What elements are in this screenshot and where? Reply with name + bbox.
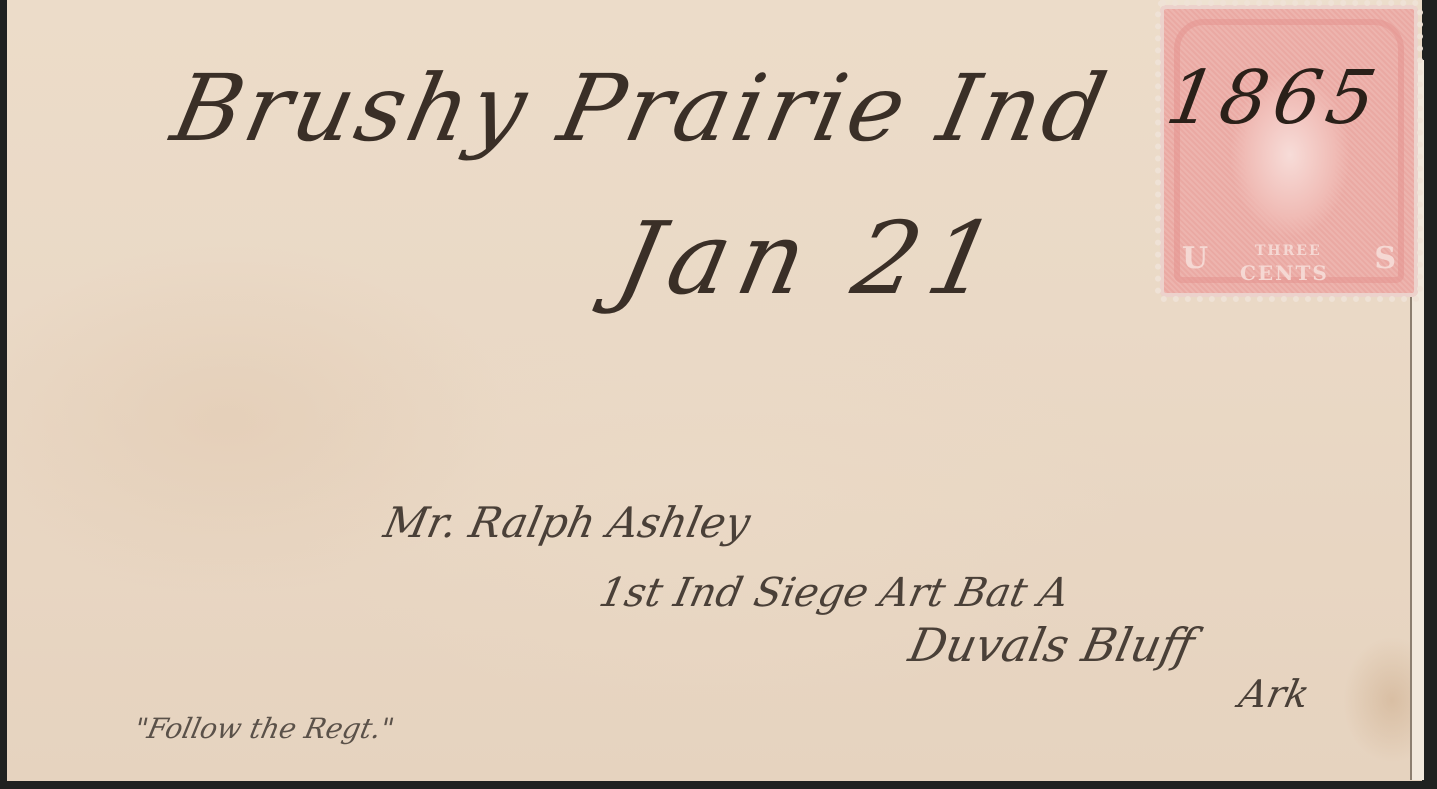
motto-text: "Follow the Regt."	[131, 712, 397, 745]
stamp-unit: CENTS	[1240, 261, 1329, 285]
address-location: Duvals Bluff	[904, 618, 1199, 672]
postmark-place: Brushy Prairie Ind	[164, 55, 1119, 162]
postage-stamp: U S THREE CENTS	[1160, 5, 1418, 297]
year-manuscript: 1865	[1160, 55, 1387, 141]
stamp-letter-s: S	[1374, 241, 1396, 276]
address-name: Mr. Ralph Ashley	[380, 498, 755, 547]
stamp-value: THREE	[1255, 243, 1322, 259]
stamp-letter-u: U	[1182, 241, 1208, 276]
postmark-date: Jan 21	[608, 200, 1016, 317]
address-state: Ark	[1235, 672, 1313, 716]
address-unit: 1st Ind Siege Art Bat A	[595, 570, 1073, 616]
